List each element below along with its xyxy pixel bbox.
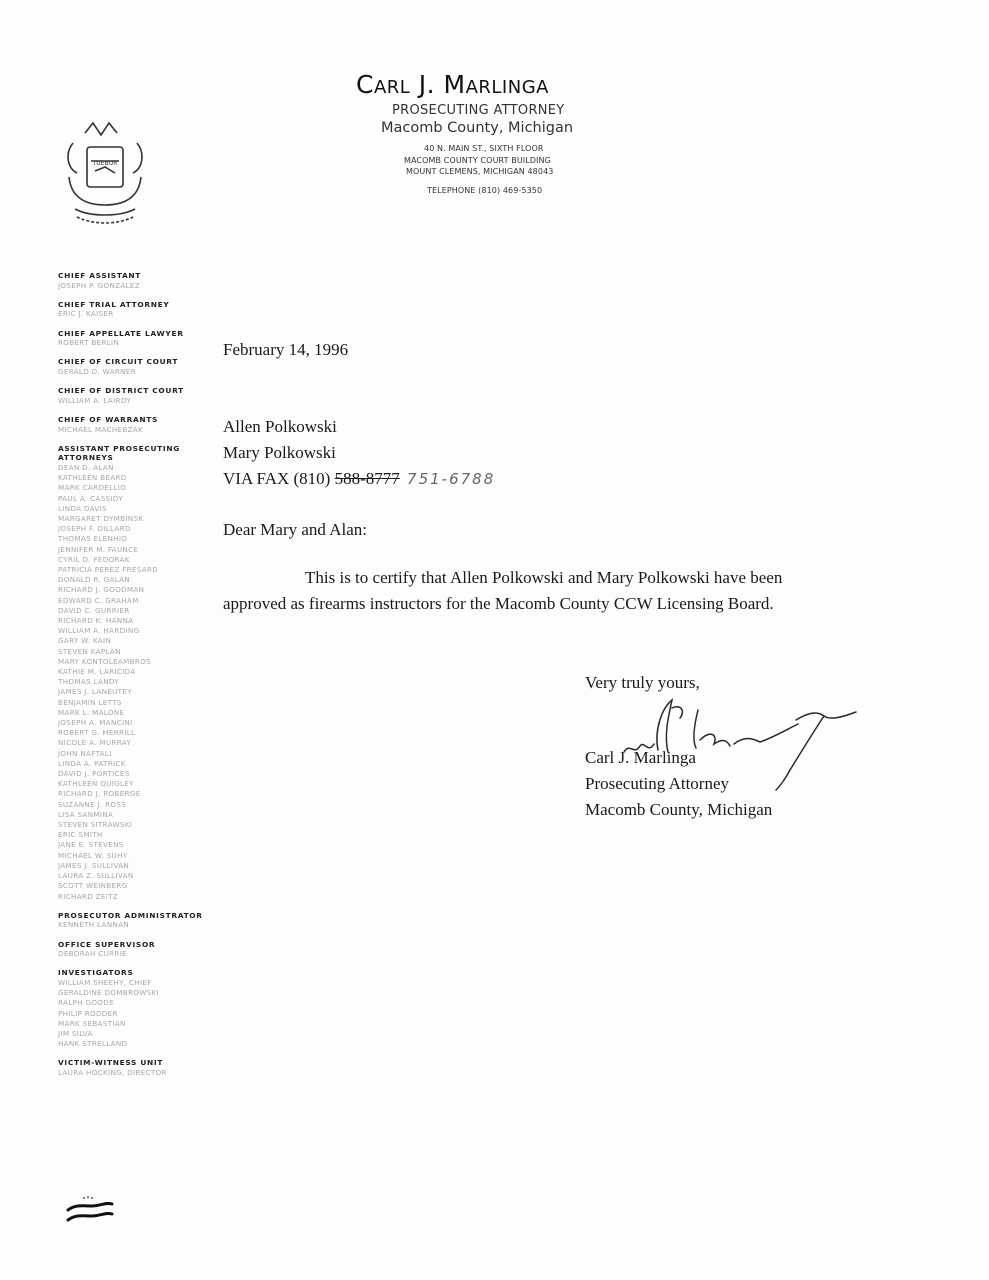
staff-name: Michael Machebzak xyxy=(58,425,233,435)
staff-name: Deborah Currie xyxy=(58,949,233,959)
staff-name: Jennifer M. Faunce xyxy=(58,545,233,555)
staff-name: Linda A. Patrick xyxy=(58,759,233,769)
letterhead-name: Carl J. Marlinga xyxy=(356,70,549,99)
letterhead-address-line3: MOUNT CLEMENS, MICHIGAN 48043 xyxy=(406,167,553,176)
letterhead-title: PROSECUTING ATTORNEY xyxy=(392,103,565,118)
staff-name: Jane E. Stevens xyxy=(58,840,233,850)
staff-name: David C. Gurrier xyxy=(58,606,233,616)
staff-name: Laura Hocking, Director xyxy=(58,1068,233,1078)
letterhead-telephone: TELEPHONE (810) 469-5350 xyxy=(427,186,542,195)
staff-name: Eric J. Kaiser xyxy=(58,309,233,319)
staff-name: Margaret Dymbinsk xyxy=(58,514,233,524)
recipient-line2: Mary Polkowski xyxy=(223,440,495,466)
staff-group: Chief of Circuit CourtGerald D. Warner xyxy=(58,357,233,377)
staff-group-heading: Chief of Warrants xyxy=(58,415,233,425)
staff-name: William A. Harding xyxy=(58,626,233,636)
staff-name: William Sheehy, Chief xyxy=(58,978,233,988)
staff-name: Geraldine Dombrowski xyxy=(58,988,233,998)
staff-name: Thomas Landy xyxy=(58,677,233,687)
staff-name: Hank Strelland xyxy=(58,1039,233,1049)
letter-date: February 14, 1996 xyxy=(223,337,348,363)
recipient-line1: Allen Polkowski xyxy=(223,414,495,440)
staff-name: Laura Z. Sullivan xyxy=(58,871,233,881)
staff-group-heading: Victim-Witness Unit xyxy=(58,1058,233,1068)
staff-name: James J. Laneutey xyxy=(58,687,233,697)
staff-name: James J. Sullivan xyxy=(58,861,233,871)
staff-name: Cyril D. Fedorak xyxy=(58,555,233,565)
staff-group: InvestigatorsWilliam Sheehy, ChiefGerald… xyxy=(58,968,233,1049)
staff-group: Chief of WarrantsMichael Machebzak xyxy=(58,415,233,435)
signer-county: Macomb County, Michigan xyxy=(585,797,772,823)
staff-name: Richard K. Hanna xyxy=(58,616,233,626)
body-line1: This is to certify that Allen Polkowski … xyxy=(223,565,883,591)
staff-name: Kenneth Lannan xyxy=(58,920,233,930)
recipient-block: Allen Polkowski Mary Polkowski VIA FAX (… xyxy=(223,414,495,492)
staff-name: Patricia Perez Fresard xyxy=(58,565,233,575)
staff-name: Richard J. Roberge xyxy=(58,789,233,799)
staff-name: Gerald D. Warner xyxy=(58,367,233,377)
staff-name: Michael W. Suhy xyxy=(58,851,233,861)
staff-name: Kathleen Beard xyxy=(58,473,233,483)
staff-name: Eric Smith xyxy=(58,830,233,840)
letterhead-address-line2: MACOMB COUNTY COURT BUILDING xyxy=(404,156,551,165)
staff-name: Suzanne J. Ross xyxy=(58,800,233,810)
staff-name: Thomas Elenhio xyxy=(58,534,233,544)
letterhead-address-line1: 40 N. MAIN ST., SIXTH FLOOR xyxy=(424,144,544,153)
staff-name: John Naftali xyxy=(58,749,233,759)
signer-block: Carl J. Marlinga Prosecuting Attorney Ma… xyxy=(585,745,772,823)
staff-name: Philip Rodder xyxy=(58,1009,233,1019)
staff-group-heading: Chief Assistant xyxy=(58,271,233,281)
letterhead-county: Macomb County, Michigan xyxy=(381,120,573,136)
fax-struck-number: 588-8777 xyxy=(335,469,400,488)
staff-group-heading: Assistant Prosecuting Attorneys xyxy=(58,444,233,463)
staff-name: Robert Berlin xyxy=(58,338,233,348)
svg-text:TUEBOR: TUEBOR xyxy=(92,160,118,167)
staff-name: Steven Sitrawski xyxy=(58,820,233,830)
staff-name: David J. Portices xyxy=(58,769,233,779)
staff-sidebar: Chief AssistantJoseph P. GonzalezChief T… xyxy=(58,271,233,1087)
staff-name: Robert G. Merrill xyxy=(58,728,233,738)
staff-name: Mark L. Malone xyxy=(58,708,233,718)
fax-prefix: VIA FAX (810) xyxy=(223,469,330,488)
staff-name: Linda Davis xyxy=(58,504,233,514)
staff-name: Kathie M. Laricida xyxy=(58,667,233,677)
recycled-logo-icon xyxy=(62,1192,118,1228)
staff-name: Gary W. Kain xyxy=(58,636,233,646)
body-paragraph: This is to certify that Allen Polkowski … xyxy=(223,565,883,617)
staff-name: Joseph P. Gonzalez xyxy=(58,281,233,291)
staff-group: Chief Appellate LawyerRobert Berlin xyxy=(58,329,233,349)
staff-name: Nicole A. Murray xyxy=(58,738,233,748)
staff-group: Assistant Prosecuting AttorneysDean D. A… xyxy=(58,444,233,902)
staff-group-heading: Chief Appellate Lawyer xyxy=(58,329,233,339)
staff-name: Edward C. Graham xyxy=(58,596,233,606)
staff-name: Ralph Goode xyxy=(58,998,233,1008)
staff-name: Richard J. Goodman xyxy=(58,585,233,595)
staff-name: Mark Cardellio xyxy=(58,483,233,493)
staff-group: Prosecutor AdministratorKenneth Lannan xyxy=(58,911,233,931)
staff-name: Joseph A. Mancini xyxy=(58,718,233,728)
staff-name: Mary Kontoleambros xyxy=(58,657,233,667)
staff-group: Victim-Witness UnitLaura Hocking, Direct… xyxy=(58,1058,233,1078)
staff-group: Chief AssistantJoseph P. Gonzalez xyxy=(58,271,233,291)
staff-name: Richard Zeitz xyxy=(58,892,233,902)
staff-group: Chief Trial AttorneyEric J. Kaiser xyxy=(58,300,233,320)
staff-group-heading: Office Supervisor xyxy=(58,940,233,950)
michigan-state-seal-icon: TUEBOR xyxy=(55,113,155,235)
signer-name: Carl J. Marlinga xyxy=(585,745,772,771)
salutation: Dear Mary and Alan: xyxy=(223,517,367,543)
staff-group-heading: Chief of Circuit Court xyxy=(58,357,233,367)
signer-title: Prosecuting Attorney xyxy=(585,771,772,797)
fax-handwritten-number: 751-6788 xyxy=(407,470,495,488)
staff-name: Dean D. Alan xyxy=(58,463,233,473)
body-line2: approved as firearms instructors for the… xyxy=(223,594,774,613)
staff-name: William A. Lairdy xyxy=(58,396,233,406)
staff-group-heading: Chief Trial Attorney xyxy=(58,300,233,310)
staff-group-heading: Chief of District Court xyxy=(58,386,233,396)
staff-name: Steven Kaplan xyxy=(58,647,233,657)
staff-group: Office SupervisorDeborah Currie xyxy=(58,940,233,960)
staff-name: Donald R. Galan xyxy=(58,575,233,585)
staff-name: Benjamin Letts xyxy=(58,698,233,708)
staff-name: Kathleen Quigley xyxy=(58,779,233,789)
fax-line: VIA FAX (810) 588-8777 751-6788 xyxy=(223,466,495,492)
staff-name: Scott Weinberg xyxy=(58,881,233,891)
staff-group: Chief of District CourtWilliam A. Lairdy xyxy=(58,386,233,406)
staff-name: Lisa Sanmina xyxy=(58,810,233,820)
staff-group-heading: Investigators xyxy=(58,968,233,978)
staff-name: Mark Sebastian xyxy=(58,1019,233,1029)
staff-name: Jim Silva xyxy=(58,1029,233,1039)
staff-name: Joseph F. Dillard xyxy=(58,524,233,534)
staff-group-heading: Prosecutor Administrator xyxy=(58,911,233,921)
staff-name: Paul A. Cassidy xyxy=(58,494,233,504)
